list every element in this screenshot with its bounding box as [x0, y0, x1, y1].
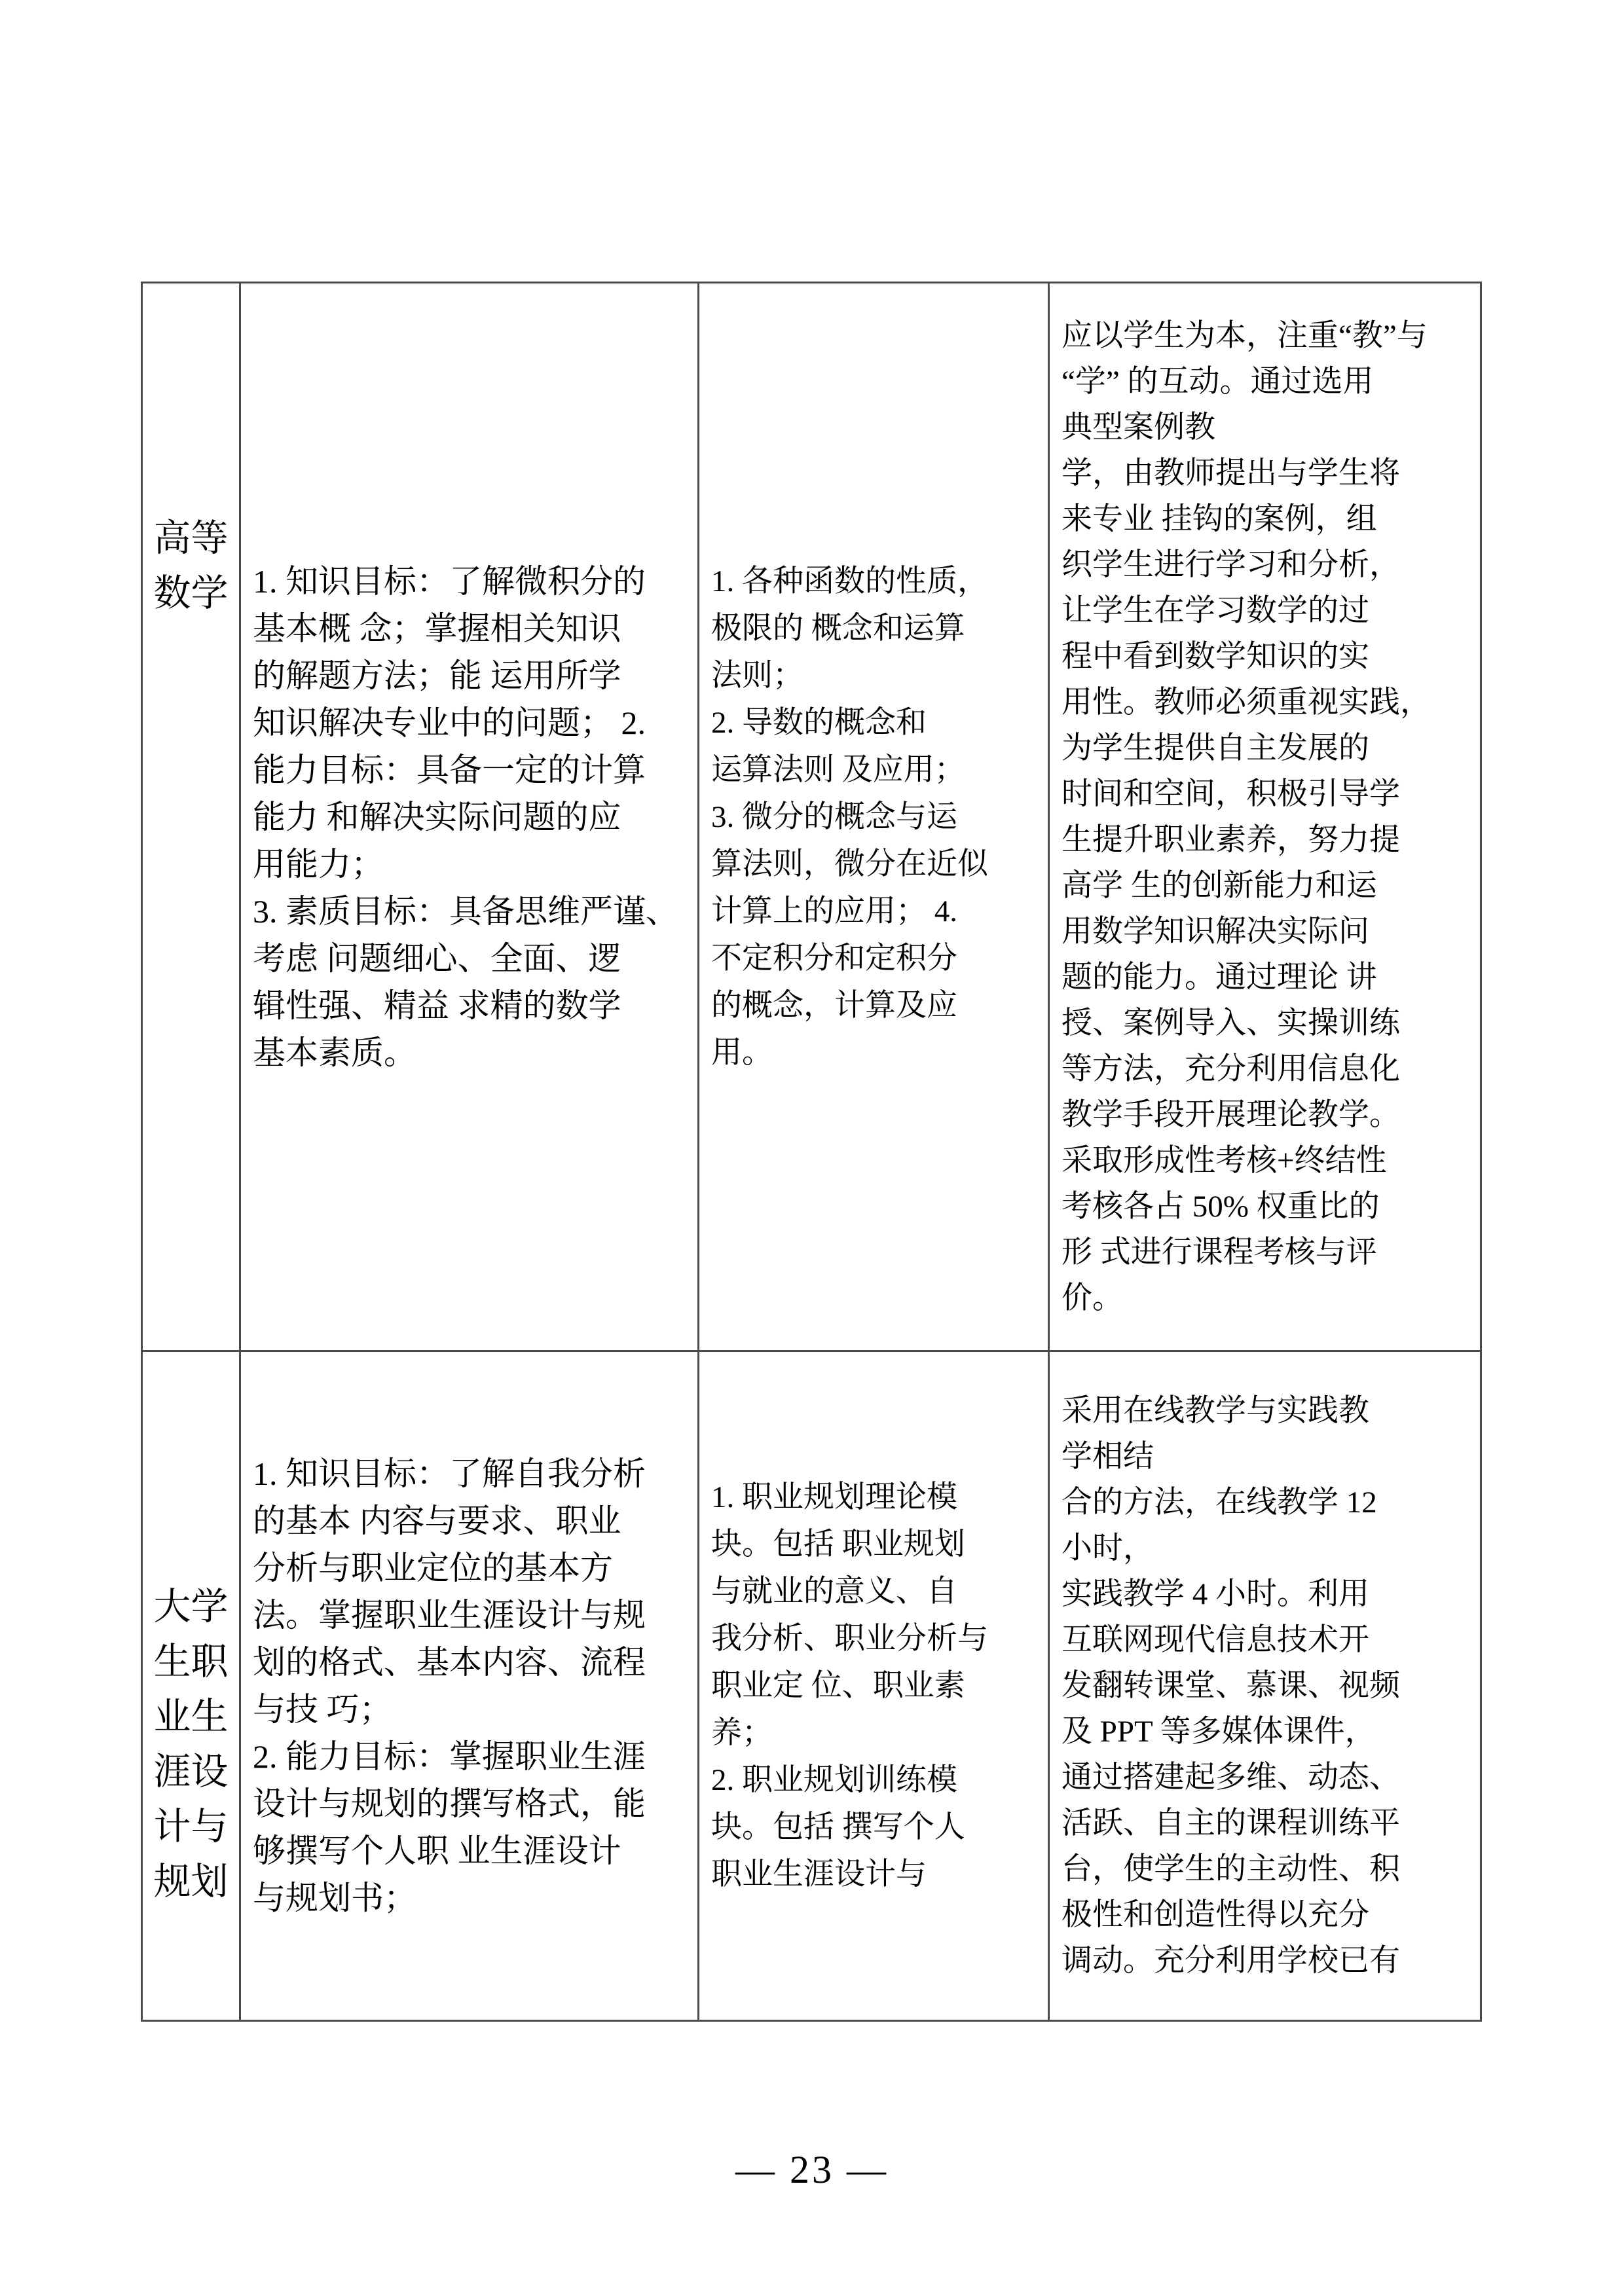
- course-content-cell: 1. 职业规划理论模 块。包括 职业规划 与就业的意义、自 我分析、职业分析与 …: [699, 1352, 1050, 2020]
- course-objectives-text: 1. 知识目标：了解自我分析 的基本 内容与要求、职业 分析与职业定位的基本方 …: [241, 1450, 652, 1922]
- course-content-cell: 1. 各种函数的性质， 极限的 概念和运算 法则； 2. 导数的概念和 运算法则…: [699, 283, 1050, 1352]
- course-objectives-text: 1. 知识目标：了解微积分的 基本概 念；掌握相关知识 的解题方法；能 运用所学…: [241, 558, 685, 1076]
- course-content-text: 1. 职业规划理论模 块。包括 职业规划 与就业的意义、自 我分析、职业分析与 …: [699, 1474, 995, 1898]
- course-table: 高等 数学 1. 知识目标：了解微积分的 基本概 念；掌握相关知识 的解题方法；…: [141, 282, 1482, 2022]
- course-objectives-cell: 1. 知识目标：了解自我分析 的基本 内容与要求、职业 分析与职业定位的基本方 …: [241, 1352, 699, 2020]
- teaching-methods-text: 采用在线教学与实践教 学相结 合的方法，在线教学 12 小时， 实践教学 4 小…: [1050, 1388, 1407, 1984]
- course-name: 高等 数学: [154, 511, 229, 621]
- document-page: 高等 数学 1. 知识目标：了解微积分的 基本概 念；掌握相关知识 的解题方法；…: [0, 0, 1624, 2296]
- course-content-text: 1. 各种函数的性质， 极限的 概念和运算 法则； 2. 导数的概念和 运算法则…: [699, 558, 995, 1076]
- table-row-career-planning: 大学 生职 业生 涯设 计与 规划 1. 知识目标：了解自我分析 的基本 内容与…: [143, 1352, 1480, 2020]
- course-name-cell: 高等 数学: [143, 283, 241, 1352]
- course-name: 大学 生职 业生 涯设 计与 规划: [154, 1580, 229, 1910]
- teaching-methods-text: 应以学生为本，注重“教”与 “学” 的互动。通过选用 典型案例教 学，由教师提出…: [1050, 313, 1437, 1321]
- course-name-cell: 大学 生职 业生 涯设 计与 规划: [143, 1352, 241, 2020]
- course-objectives-cell: 1. 知识目标：了解微积分的 基本概 念；掌握相关知识 的解题方法；能 运用所学…: [241, 283, 699, 1352]
- teaching-methods-cell: 应以学生为本，注重“教”与 “学” 的互动。通过选用 典型案例教 学，由教师提出…: [1050, 283, 1480, 1352]
- table-row-advanced-math: 高等 数学 1. 知识目标：了解微积分的 基本概 念；掌握相关知识 的解题方法；…: [143, 283, 1480, 1352]
- page-number: — 23 —: [0, 2147, 1624, 2193]
- teaching-methods-cell: 采用在线教学与实践教 学相结 合的方法，在线教学 12 小时， 实践教学 4 小…: [1050, 1352, 1480, 2020]
